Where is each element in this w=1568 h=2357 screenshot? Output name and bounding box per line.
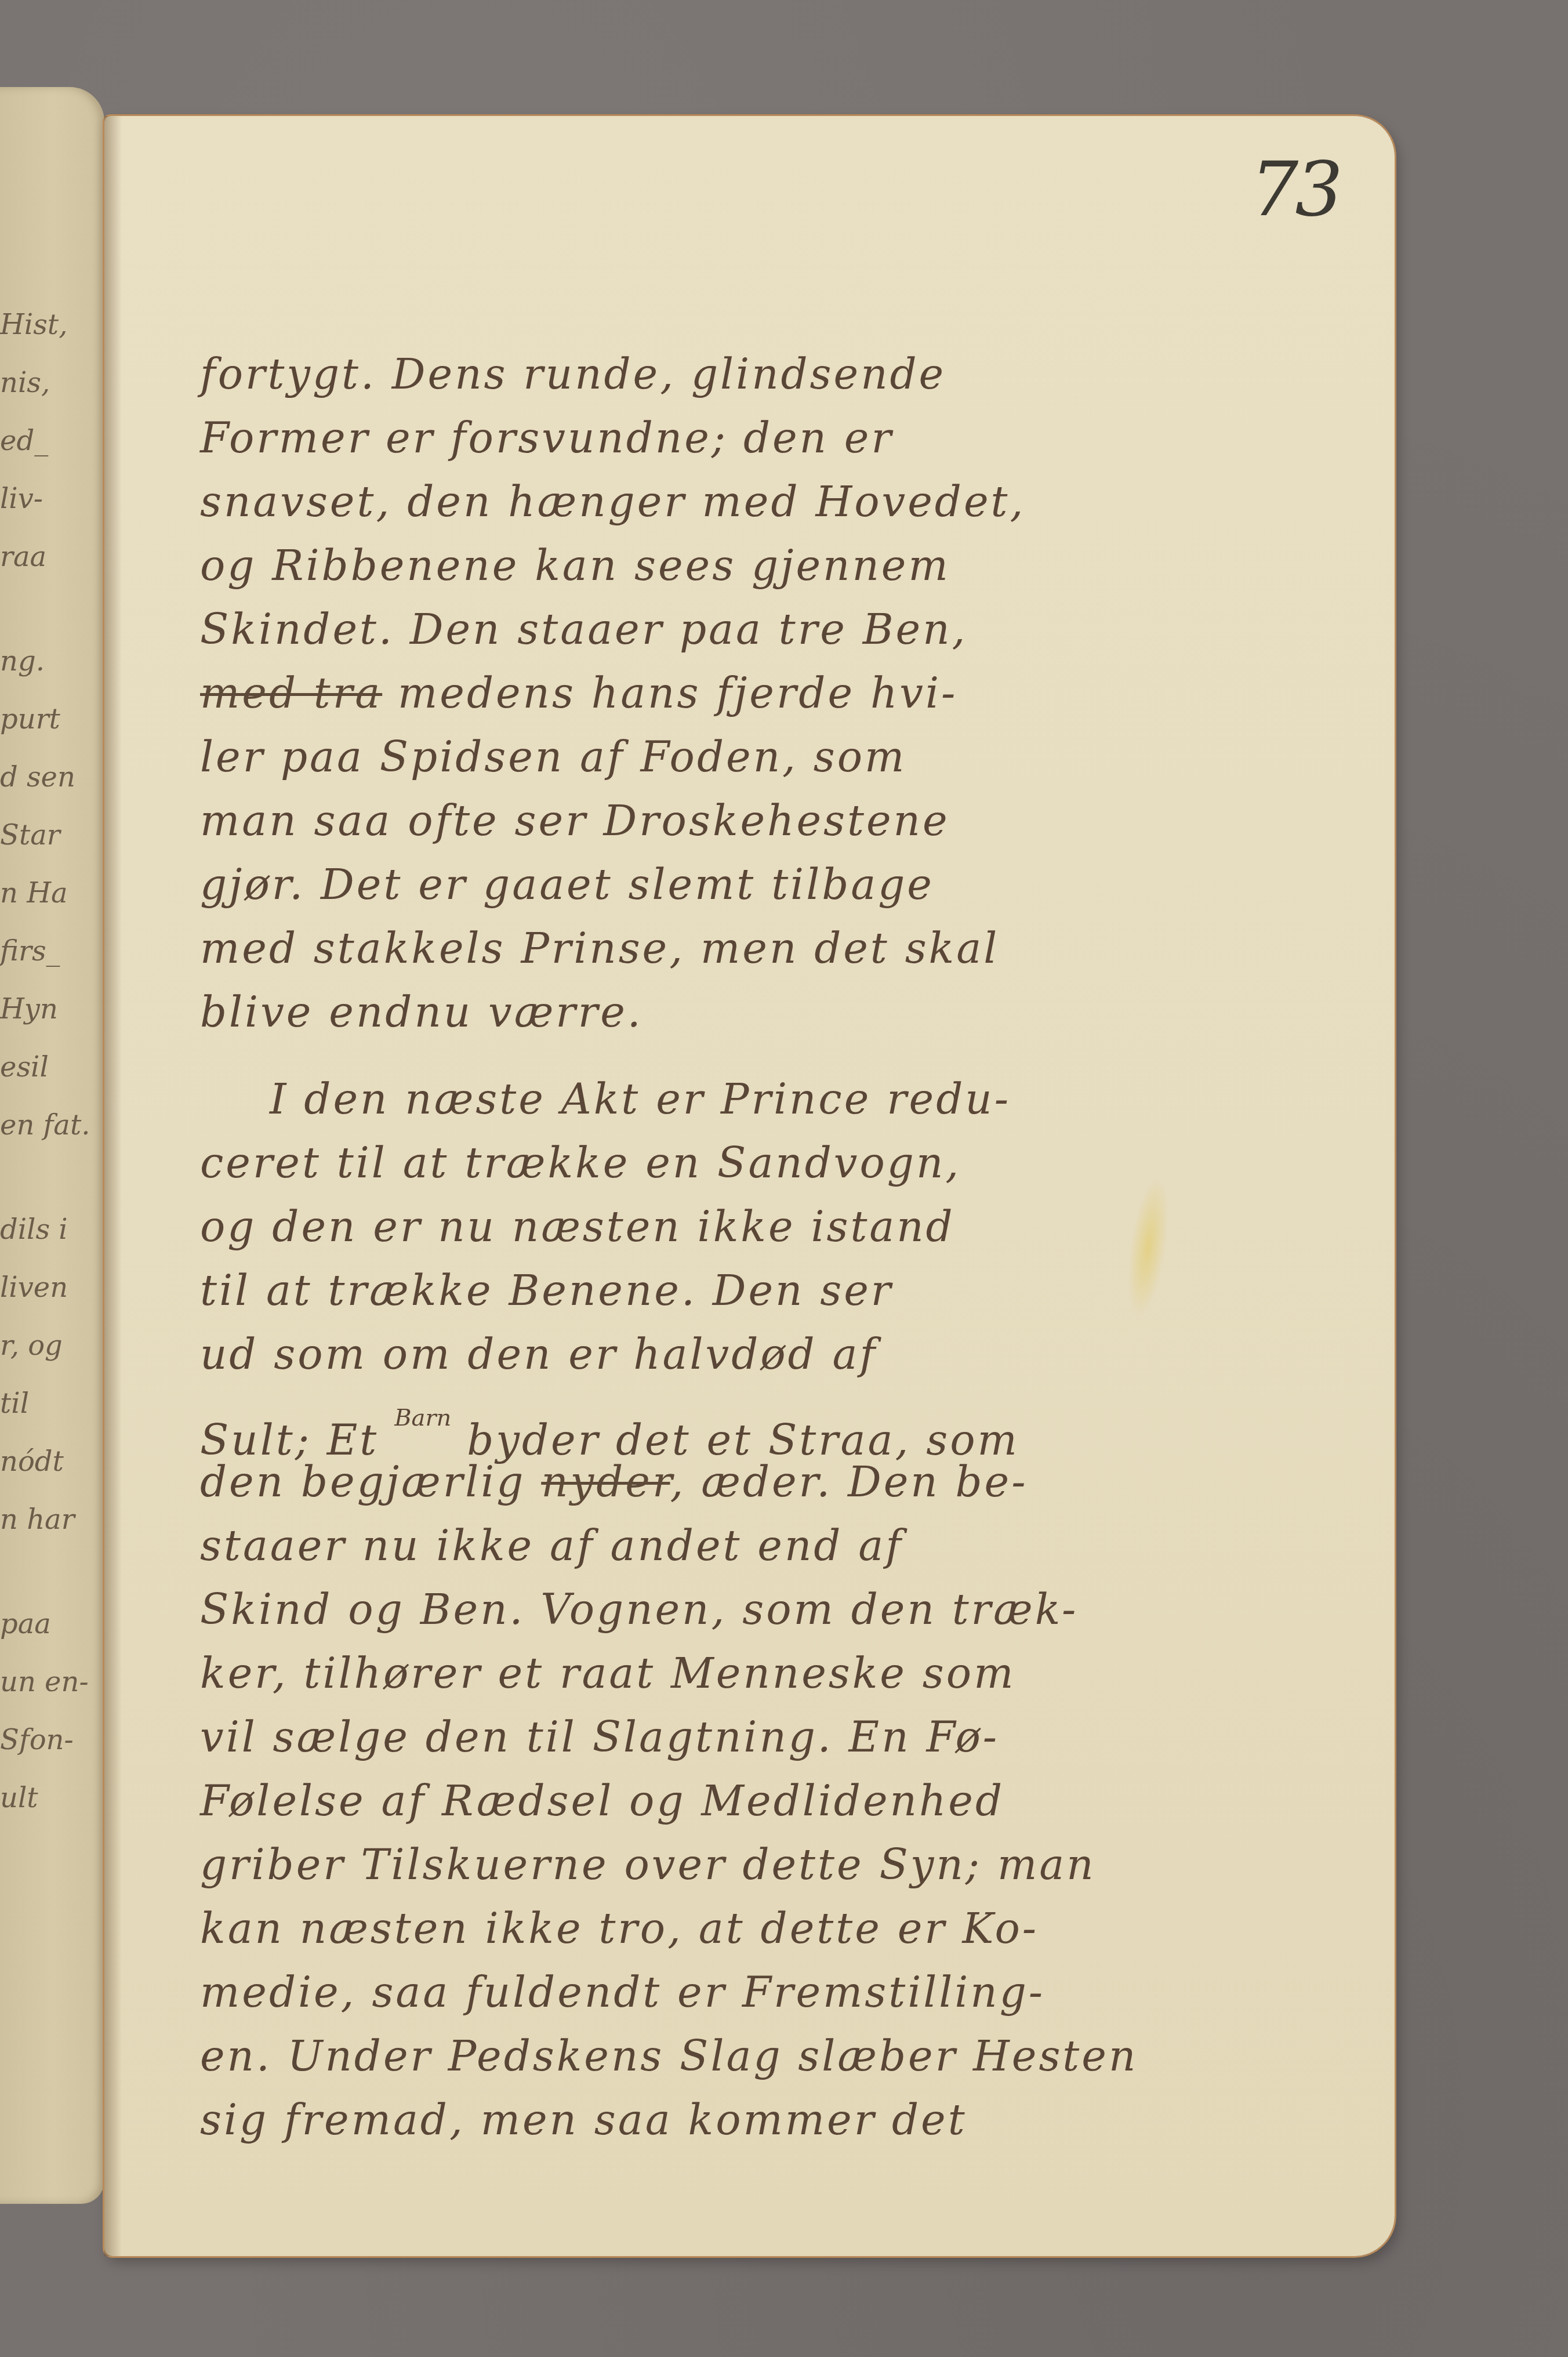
text-line: sig fremad, men saa kommer det — [200, 2088, 1360, 2152]
left-page-fragment: ult — [0, 1769, 99, 1827]
left-page-fragment: paa — [0, 1595, 99, 1653]
text-segment: sig fremad, men saa kommer det — [200, 2095, 967, 2144]
left-page-fragment: liv- — [0, 470, 99, 528]
text-segment: vil sælge den til Slagtning. En Fø- — [200, 1713, 999, 1761]
text-line: ler paa Spidsen af Foden, som — [200, 725, 1360, 789]
text-line: og den er nu næsten ikke istand — [200, 1195, 1360, 1259]
text-line: Skindet. Den staaer paa tre Ben, — [200, 597, 1360, 661]
text-segment: gjør. Det er gaaet slemt tilbage — [200, 860, 934, 909]
text-segment: Former er forsvundne; den er — [200, 414, 894, 462]
left-page-fragment: en fat. — [0, 1096, 99, 1154]
page-gutter — [104, 116, 122, 2256]
interlinear-insertion: Barn — [394, 1405, 451, 1431]
left-page-fragment — [0, 586, 99, 632]
text-line: Sult; Et Barn byder det et Straa, som — [200, 1386, 1360, 1450]
left-page-fragment: purt — [0, 690, 99, 748]
text-segment: blive endnu værre. — [200, 988, 643, 1036]
text-segment: , æder. Den be- — [670, 1457, 1028, 1506]
text-line: man saa ofte ser Droskehestene — [200, 789, 1360, 853]
text-segment: ud som om den er halvdød af — [200, 1330, 877, 1379]
text-segment: den begjærlig — [200, 1457, 541, 1506]
text-segment: og den er nu næsten ikke istand — [200, 1202, 955, 1251]
text-segment: kan næsten ikke tro, at dette er Ko- — [200, 1904, 1039, 1953]
text-line: den begjærlig nyder, æder. Den be- — [200, 1450, 1360, 1514]
text-segment: Følelse af Rædsel og Medlidenhed — [200, 1776, 1004, 1825]
text-line: staaer nu ikke af andet end af — [200, 1514, 1360, 1578]
text-segment: I den næste Akt er Prince redu- — [270, 1075, 1011, 1123]
text-segment: man saa ofte ser Droskehestene — [200, 796, 950, 845]
left-page-fragment: firs_ — [0, 922, 99, 980]
text-segment: en. Under Pedskens Slag slæber Hesten — [200, 2032, 1138, 2080]
left-page-fragment: Star — [0, 806, 99, 864]
text-line: I den næste Akt er Prince redu- — [200, 1067, 1360, 1131]
text-segment: snavset, den hænger med Hovedet, — [200, 477, 1025, 526]
left-page-fragment — [0, 1549, 99, 1595]
text-line: snavset, den hænger med Hovedet, — [200, 470, 1360, 534]
text-segment: medie, saa fuldendt er Fremstilling- — [200, 1968, 1045, 2017]
text-line: medie, saa fuldendt er Fremstilling- — [200, 1960, 1360, 2024]
text-line: med tra medens hans fjerde hvi- — [200, 661, 1360, 725]
text-line: ker, tilhører et raat Menneske som — [200, 1641, 1360, 1705]
left-page-fragment: ng. — [0, 632, 99, 690]
right-page: 73 fortygt. Dens runde, glindsendeFormer… — [104, 116, 1395, 2256]
text-line: en. Under Pedskens Slag slæber Hesten — [200, 2024, 1360, 2088]
text-segment: med stakkels Prinse, men det skal — [200, 924, 999, 973]
text-line: med stakkels Prinse, men det skal — [200, 916, 1360, 980]
text-line: fortygt. Dens runde, glindsende — [200, 342, 1360, 406]
left-page: Hist,nis,ed_liv-raang.purtd senStarn Haf… — [0, 87, 104, 2204]
left-page-fragment: un en- — [0, 1653, 99, 1711]
text-line: ceret til at trække en Sandvogn, — [200, 1131, 1360, 1195]
left-page-fragment: ed_ — [0, 412, 99, 470]
text-segment: fortygt. Dens runde, glindsende — [200, 350, 946, 398]
left-page-fragment: dils i — [0, 1201, 99, 1259]
left-page-fragment: esil — [0, 1038, 99, 1096]
text-line: gjør. Det er gaaet slemt tilbage — [200, 853, 1360, 916]
text-segment: Skind og Ben. Vognen, som den træk- — [200, 1585, 1078, 1634]
left-page-fragment: Sfon- — [0, 1711, 99, 1769]
left-page-fragment: liven — [0, 1259, 99, 1317]
left-page-fragment: r, og — [0, 1317, 99, 1375]
text-line: til at trække Benene. Den ser — [200, 1259, 1360, 1322]
text-segment: Skindet. Den staaer paa tre Ben, — [200, 605, 967, 654]
left-page-fragment: til — [0, 1375, 99, 1433]
text-segment: staaer nu ikke af andet end af — [200, 1521, 903, 1570]
text-line: vil sælge den til Slagtning. En Fø- — [200, 1705, 1360, 1769]
text-segment: ler paa Spidsen af Foden, som — [200, 733, 906, 781]
left-page-fragment: n Ha — [0, 864, 99, 922]
struck-through-word: med tra — [200, 669, 382, 717]
left-page-fragment — [0, 1154, 99, 1201]
text-segment: og Ribbenene kan sees gjennem — [200, 541, 950, 590]
text-segment: til at trække Benene. Den ser — [200, 1266, 893, 1315]
text-segment: medens hans fjerde hvi- — [382, 669, 957, 717]
text-line: og Ribbenene kan sees gjennem — [200, 534, 1360, 597]
text-line: Skind og Ben. Vognen, som den træk- — [200, 1578, 1360, 1641]
left-page-fragment: Hist, — [0, 296, 99, 354]
handwritten-text: fortygt. Dens runde, glindsendeFormer er… — [200, 342, 1360, 2152]
left-page-fragment: nis, — [0, 354, 99, 412]
text-line: kan næsten ikke tro, at dette er Ko- — [200, 1897, 1360, 1960]
left-page-fragment: raa — [0, 528, 99, 586]
text-segment: ker, tilhører et raat Menneske som — [200, 1649, 1015, 1698]
text-segment: griber Tilskuerne over dette Syn; man — [200, 1840, 1096, 1889]
left-page-fragment: n har — [0, 1491, 99, 1549]
text-line: griber Tilskuerne over dette Syn; man — [200, 1833, 1360, 1897]
text-line: ud som om den er halvdød af — [200, 1322, 1360, 1386]
text-line: blive endnu værre. — [200, 980, 1360, 1044]
text-segment: ceret til at trække en Sandvogn, — [200, 1138, 961, 1187]
left-page-fragment: Hyn — [0, 980, 99, 1038]
left-page-text-fragments: Hist,nis,ed_liv-raang.purtd senStarn Haf… — [0, 296, 99, 1827]
struck-through-word: nyder — [541, 1457, 670, 1506]
left-page-fragment: d sen — [0, 748, 99, 806]
text-line: Følelse af Rædsel og Medlidenhed — [200, 1769, 1360, 1833]
text-line: Former er forsvundne; den er — [200, 406, 1360, 470]
left-page-fragment: nódt — [0, 1433, 99, 1491]
page-number: 73 — [1251, 145, 1340, 233]
